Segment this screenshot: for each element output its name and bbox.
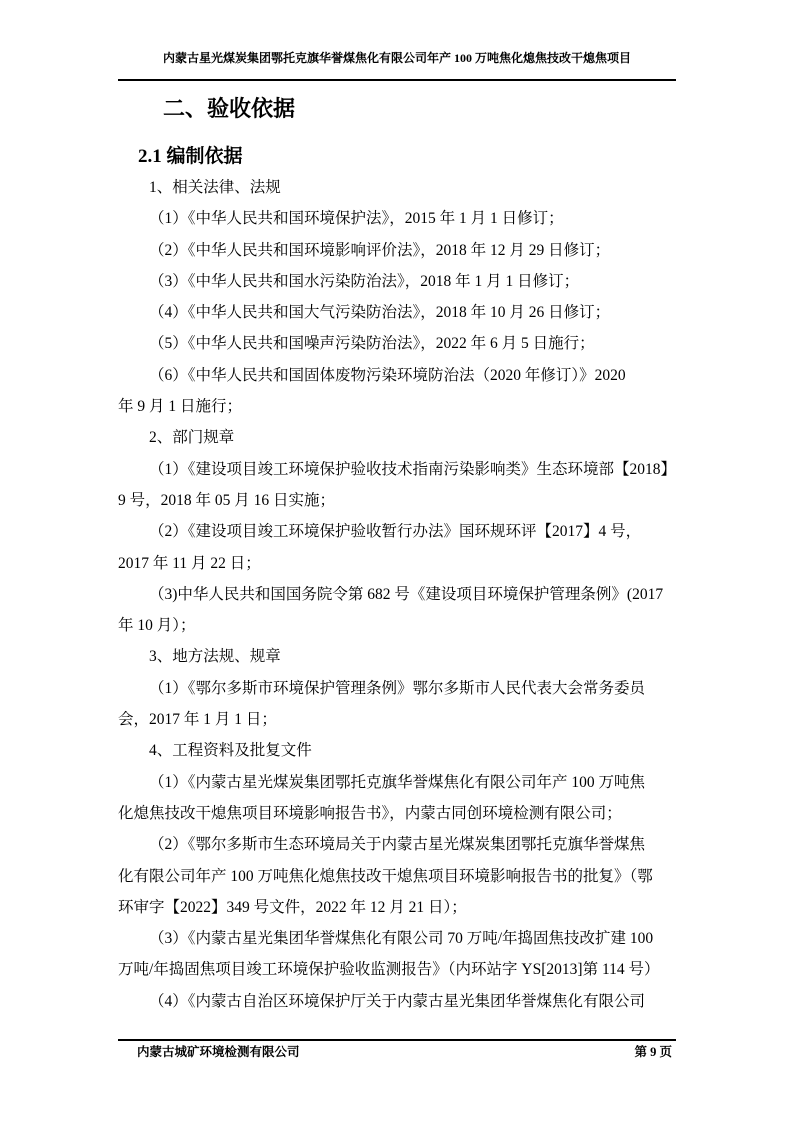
footer-page-number: 第 9 页: [634, 1043, 676, 1061]
body-line: （2）《建设项目竣工环境保护验收暂行办法》国环规环评【2017】4 号，: [118, 516, 678, 547]
body-line: 年 10 月）；: [118, 610, 678, 641]
body-line: （5）《中华人民共和国噪声污染防治法》，2022 年 6 月 5 日施行；: [118, 328, 678, 359]
body-line: 9 号，2018 年 05 月 16 日实施；: [118, 485, 678, 516]
body-line: 2017 年 11 月 22 日；: [118, 548, 678, 579]
body-line: 1、相关法律、法规: [118, 172, 678, 203]
body-line: （3)中华人民共和国国务院令第 682 号《建设项目环境保护管理条例》(2017: [118, 579, 678, 610]
document-body: 1、相关法律、法规（1）《中华人民共和国环境保护法》，2015 年 1 月 1 …: [118, 172, 678, 1017]
body-line: （2）《鄂尔多斯市生态环境局关于内蒙古星光煤炭集团鄂托克旗华誉煤焦: [118, 829, 678, 860]
page-header: 内蒙古星光煤炭集团鄂托克旗华誉煤焦化有限公司年产 100 万吨焦化熄焦技改干熄焦…: [118, 49, 676, 66]
header-divider: [118, 79, 676, 81]
body-line: （4）《中华人民共和国大气污染防治法》，2018 年 10 月 26 日修订；: [118, 297, 678, 328]
body-line: 2、部门规章: [118, 422, 678, 453]
body-line: （1）《鄂尔多斯市环境保护管理条例》鄂尔多斯市人民代表大会常务委员: [118, 673, 678, 704]
footer-divider: [118, 1039, 676, 1041]
body-line: （1）《中华人民共和国环境保护法》，2015 年 1 月 1 日修订；: [118, 203, 678, 234]
body-line: 环审字【2022】349 号文件，2022 年 12 月 21 日）；: [118, 892, 678, 923]
body-line: （1）《建设项目竣工环境保护验收技术指南污染影响类》生态环境部【2018】: [118, 454, 678, 485]
body-line: （6）《中华人民共和国固体废物污染环境防治法（2020 年修订）》2020: [118, 360, 678, 391]
document-page: 内蒙古星光煤炭集团鄂托克旗华誉煤焦化有限公司年产 100 万吨焦化熄焦技改干熄焦…: [0, 0, 794, 1123]
section-title: 2.1 编制依据: [138, 141, 243, 168]
body-line: 4、工程资料及批复文件: [118, 735, 678, 766]
header-title: 内蒙古星光煤炭集团鄂托克旗华誉煤焦化有限公司年产 100 万吨焦化熄焦技改干熄焦…: [163, 51, 631, 65]
body-line: （3）《内蒙古星光集团华誉煤焦化有限公司 70 万吨/年捣固焦技改扩建 100: [118, 923, 678, 954]
body-line: （2）《中华人民共和国环境影响评价法》，2018 年 12 月 29 日修订；: [118, 235, 678, 266]
body-line: 化熄焦技改干熄焦项目环境影响报告书》，内蒙古同创环境检测有限公司；: [118, 798, 678, 829]
footer-company: 内蒙古城矿环境检测有限公司: [118, 1043, 300, 1061]
body-line: （3）《中华人民共和国水污染防治法》，2018 年 1 月 1 日修订；: [118, 266, 678, 297]
body-line: 会，2017 年 1 月 1 日；: [118, 704, 678, 735]
chapter-title: 二、验收依据: [163, 92, 295, 123]
body-line: 3、地方法规、规章: [118, 641, 678, 672]
body-line: 化有限公司年产 100 万吨焦化熄焦技改干熄焦项目环境影响报告书的批复》（鄂: [118, 861, 678, 892]
body-line: 年 9 月 1 日施行；: [118, 391, 678, 422]
body-line: （1）《内蒙古星光煤炭集团鄂托克旗华誉煤焦化有限公司年产 100 万吨焦: [118, 767, 678, 798]
body-line: （4）《内蒙古自治区环境保护厅关于内蒙古星光集团华誉煤焦化有限公司: [118, 986, 678, 1017]
body-line: 万吨/年捣固焦项目竣工环境保护验收监测报告》（内环站字 YS[2013]第 11…: [118, 954, 678, 985]
page-footer: 内蒙古城矿环境检测有限公司 第 9 页: [118, 1043, 676, 1061]
